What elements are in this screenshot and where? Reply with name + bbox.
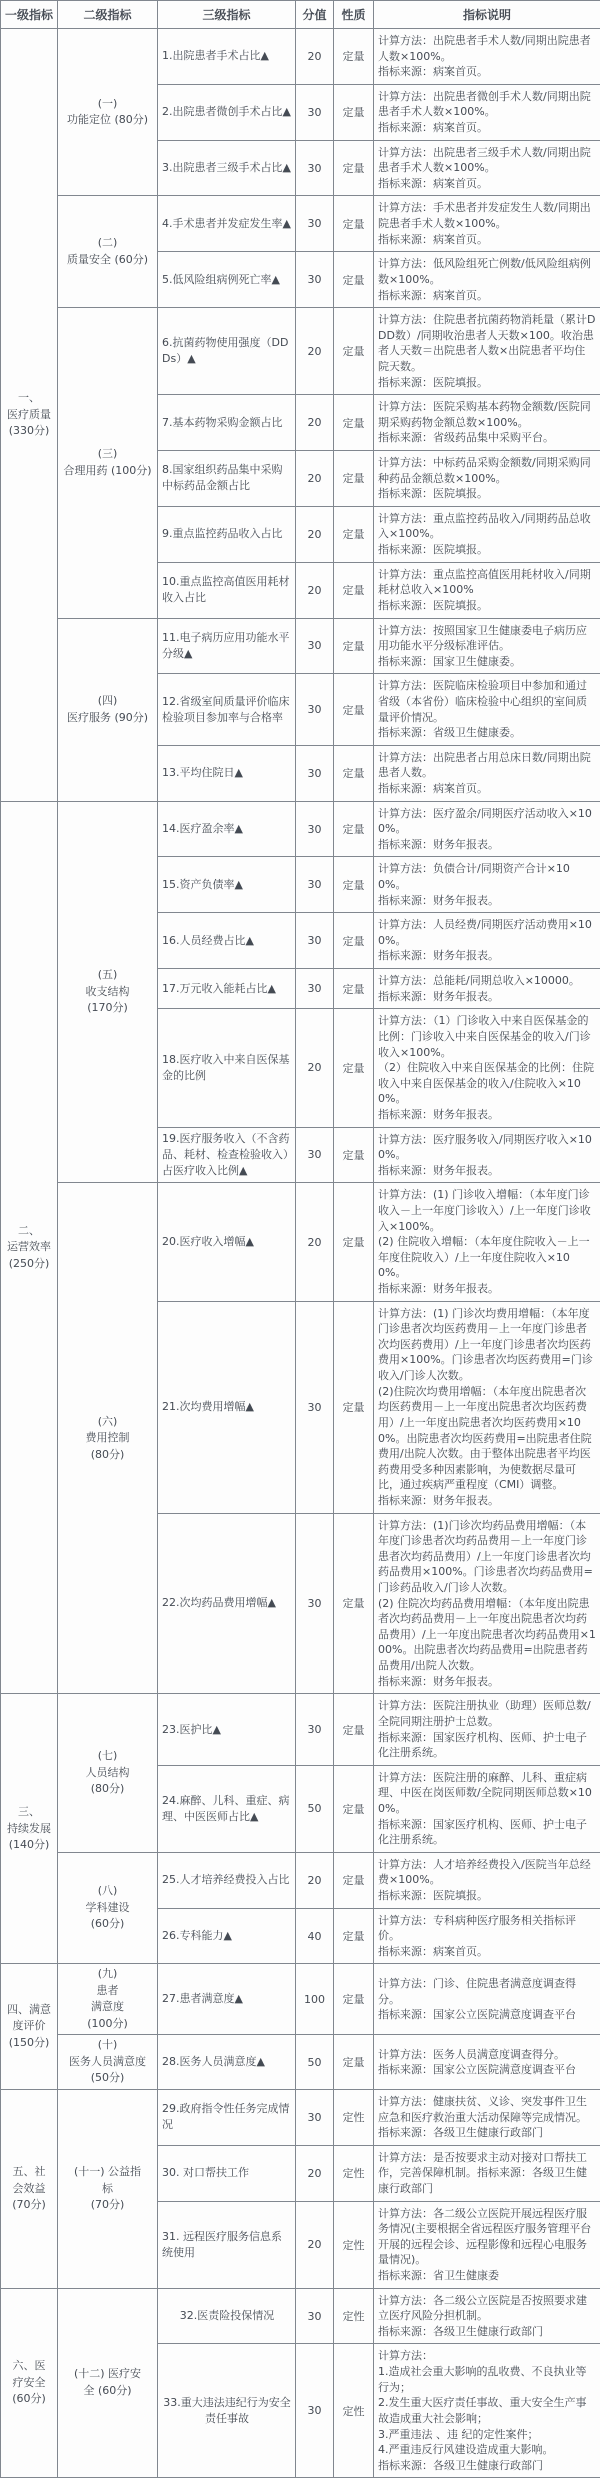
nature-cell: 定量 [334,562,374,618]
level3-indicator-name: 13.平均住院日▲ [158,745,296,801]
level3-indicator-name: 16.人员经费占比▲ [158,913,296,969]
nature-cell: 定量 [334,308,374,395]
description-line: 1.造成社会重大影响的乱收费、不良执业等行为； [378,2364,596,2395]
indicator-description: 计算方法：手术患者并发症发生人数/同期出院患者手术人数×100%。指标来源：病案… [374,196,600,252]
table-row: 一、医疗质量(330分)(一)功能定位 (80分)1.出院患者手术占比▲20定量… [1,29,600,85]
level2-indicator-cell: (八)学科建设(60分) [58,1852,158,1964]
score-cell: 30 [296,857,334,913]
description-line: 计算方法：负债合计/同期资产合计×100%。 [378,861,596,892]
level1-indicator-cell: 一、医疗质量(330分) [1,29,58,802]
description-line: 指标来源：国家医疗机构、医师、护士电子化注册系统。 [378,1730,596,1761]
level3-indicator-name: 3.出院患者三级手术占比▲ [158,140,296,196]
level1-indicator-cell: 四、满意度评价(150分) [1,1964,58,2090]
header-description: 指标说明 [374,1,600,29]
nature-cell: 定量 [334,1513,374,1694]
description-line: 指标来源：财务年报表。 [378,1674,596,1690]
level3-indicator-name: 25.人才培养经费投入占比 [158,1852,296,1908]
level3-indicator-name: 5.低风险组病例死亡率▲ [158,252,296,308]
level2-indicator-cell: (二)质量安全 (60分) [58,196,158,308]
score-cell: 20 [296,1852,334,1908]
description-line: 指标来源：病案首页。 [378,64,596,80]
nature-cell: 定量 [334,84,374,140]
description-line: 3.严重违法 、违 纪的定性案件； [378,2427,596,2443]
description-line: 指标来源：财务年报表。 [378,948,596,964]
nature-cell: 定量 [334,1127,374,1183]
level3-indicator-name: 11.电子病历应用功能水平分级▲ [158,618,296,674]
description-line: 计算方法：医疗盈余/同期医疗活动收入×100%。 [378,806,596,837]
description-line: 计算方法：各二级公立医院开展远程医疗服务情况(主要根据全省远程医疗服务管理平台开… [378,2206,596,2268]
score-cell: 30 [296,2288,334,2344]
score-cell: 20 [296,1009,334,1127]
level3-indicator-name: 1.出院患者手术占比▲ [158,29,296,85]
score-cell: 30 [296,140,334,196]
level3-indicator-name: 27.患者满意度▲ [158,1964,296,2035]
description-line: 计算方法：医院采购基本药物金额数/医院同期采购药物金额总数×100%。 [378,399,596,430]
description-line: (2) 住院次均药品费用增幅：（本年度出院患者次均药品费用－上一年度出院患者次均… [378,1596,596,1674]
level3-indicator-name: 22.次均药品费用增幅▲ [158,1513,296,1694]
description-line: 计算方法：专科病种医疗服务相关指标评价。 [378,1913,596,1944]
nature-cell: 定量 [334,801,374,857]
nature-cell: 定量 [334,2035,374,2090]
description-line: 计算方法：医院注册的麻醉、儿科、重症病理、中医在岗医师数/全院同期医师总数×10… [378,1770,596,1817]
nature-cell: 定量 [334,1183,374,1301]
indicator-description: 计算方法：各二级公立医院是否按照要求建立医疗风险分担机制。指标来源：各级卫生健康… [374,2288,600,2344]
description-line: 指标来源：财务年报表。 [378,893,596,909]
score-cell: 30 [296,1694,334,1765]
description-line: 计算方法：(1) 门诊次均费用增幅：（本年度门诊患者次均医药费用－上一年度门诊患… [378,1306,596,1384]
description-line: 指标来源：医院填报。 [378,598,596,614]
table-row: 五、社会效益(70分)(十一) 公益指标(70分)29.政府指令性任务完成情况3… [1,2089,600,2145]
level3-indicator-name: 15.资产负债率▲ [158,857,296,913]
score-cell: 20 [296,451,334,507]
nature-cell: 定量 [334,506,374,562]
table-row: 三、持续发展(140分)(七)人员结构(80分)23.医护比▲30定量计算方法：… [1,1694,600,1765]
description-line: 计算方法：是否按要求主动对接对口帮扶工作，完善保障机制。指标来源：各级卫生健康行… [378,2150,596,2197]
level2-indicator-cell: (四)医疗服务 (90分) [58,618,158,801]
indicator-description: 计算方法：医院临床检验项目中参加和通过省级（本省份）临床检验中心组织的室间质量评… [374,674,600,745]
score-cell: 30 [296,674,334,745]
level1-indicator-cell: 五、社会效益(70分) [1,2089,58,2288]
score-cell: 30 [296,1127,334,1183]
level3-indicator-name: 7.基本药物采购金额占比 [158,395,296,451]
score-cell: 20 [296,395,334,451]
score-cell: 30 [296,745,334,801]
score-cell: 30 [296,252,334,308]
indicator-description: 计算方法：住院患者抗菌药物消耗量（累计DDD数）/同期收治患者人天数×100。收… [374,308,600,395]
description-line: 计算方法：住院患者抗菌药物消耗量（累计DDD数）/同期收治患者人天数×100。收… [378,312,596,374]
description-line: 计算方法：(1) 门诊收入增幅：（本年度门诊收入－上一年度门诊收入）/上一年度门… [378,1187,596,1234]
description-line: 指标来源：各级卫生健康行政部门 [378,2458,596,2474]
description-line: 指标来源：财务年报表。 [378,1107,596,1123]
description-line: 指标来源：病案首页。 [378,288,596,304]
nature-cell: 定量 [334,745,374,801]
description-line: 指标来源：财务年报表。 [378,837,596,853]
indicator-description: 计算方法：出院患者手术人数/同期出院患者人数×100%。指标来源：病案首页。 [374,29,600,85]
score-cell: 30 [296,1513,334,1694]
indicator-description: 计算方法：(1)门诊次均药品费用增幅：（本年度门诊患者次均药品费用－上一年度门诊… [374,1513,600,1694]
description-line: 指标来源：病案首页。 [378,176,596,192]
nature-cell: 定量 [334,140,374,196]
nature-cell: 定量 [334,1964,374,2035]
indicator-description: 计算方法：出院患者占用总床日数/同期出院患者人数。指标来源：病案首页。 [374,745,600,801]
indicator-description: 计算方法：出院患者微创手术人数/同期出院患者手术人数×100%。指标来源：病案首… [374,84,600,140]
score-cell: 30 [296,618,334,674]
score-cell: 20 [296,2201,334,2288]
table-row: 四、满意度评价(150分)(九)患者满意度(100分)27.患者满意度▲100定… [1,1964,600,2035]
description-line: 计算方法：医务人员满意度调查得分。 [378,2047,596,2063]
header-nature: 性质 [334,1,374,29]
description-line: 指标来源：财务年报表。 [378,1163,596,1179]
indicator-description: 计算方法：负债合计/同期资产合计×100%。指标来源：财务年报表。 [374,857,600,913]
indicator-description: 计算方法：（1）门诊收入中来自医保基金的比例：门诊收入中来自医保基金的收入/门诊… [374,1009,600,1127]
level1-indicator-cell: 六、医疗安全(60分) [1,2288,58,2478]
description-line: 指标来源：医院填报。 [378,375,596,391]
table-row: (三)合理用药 (100分)6.抗菌药物使用强度（DDDs）▲20定量计算方法：… [1,308,600,395]
description-line: 指标来源：病案首页。 [378,781,596,797]
nature-cell: 定量 [334,395,374,451]
description-line: 计算方法： [378,2348,596,2364]
description-line: 计算方法：总能耗/同期总收入×10000。 [378,973,596,989]
description-line: 指标来源：各级卫生健康行政部门 [378,2324,596,2340]
indicator-description: 计算方法：医务人员满意度调查得分。指标来源：国家公立医院满意度调查平台 [374,2035,600,2090]
level3-indicator-name: 19.医疗服务收入（不含药品、耗材、检查检验收入）占医疗收入比例▲ [158,1127,296,1183]
nature-cell: 定量 [334,196,374,252]
nature-cell: 定量 [334,674,374,745]
indicator-description: 计算方法：医院采购基本药物金额数/医院同期采购药物金额总数×100%。指标来源：… [374,395,600,451]
level3-indicator-name: 31. 远程医疗服务信息系统使用 [158,2201,296,2288]
indicator-description: 计算方法：是否按要求主动对接对口帮扶工作，完善保障机制。指标来源：各级卫生健康行… [374,2145,600,2201]
level1-indicator-cell: 二、运营效率(250分) [1,801,58,1694]
table-row: (二)质量安全 (60分)4.手术患者并发症发生率▲30定量计算方法：手术患者并… [1,196,600,252]
level2-indicator-cell: (十)医务人员满意度(50分) [58,2035,158,2090]
nature-cell: 定性 [334,2201,374,2288]
nature-cell: 定量 [334,29,374,85]
indicator-description: 计算方法：出院患者三级手术人数/同期出院患者手术人数×100%。指标来源：病案首… [374,140,600,196]
indicator-description: 计算方法：人员经费/同期医疗活动费用×100%。指标来源：财务年报表。 [374,913,600,969]
description-line: 指标来源：财务年报表。 [378,989,596,1005]
nature-cell: 定量 [334,1009,374,1127]
level3-indicator-name: 14.医疗盈余率▲ [158,801,296,857]
table-row: (四)医疗服务 (90分)11.电子病历应用功能水平分级▲30定量计算方法：按照… [1,618,600,674]
level2-indicator-cell: (十一) 公益指标(70分) [58,2089,158,2288]
description-line: 计算方法：医疗服务收入/同期医疗收入×100%。 [378,1132,596,1163]
level3-indicator-name: 12.省级室间质量评价临床检验项目参加率与合格率 [158,674,296,745]
indicator-table: 一级指标 二级指标 三级指标 分值 性质 指标说明 一、医疗质量(330分)(一… [0,0,600,2478]
level2-indicator-cell: (三)合理用药 (100分) [58,308,158,618]
indicator-description: 计算方法：中标药品采购金额数/同期采购同种药品金额总数×100%。指标来源：医院… [374,451,600,507]
level3-indicator-name: 2.出院患者微创手术占比▲ [158,84,296,140]
description-line: 计算方法：人员经费/同期医疗活动费用×100%。 [378,917,596,948]
indicator-description: 计算方法：医疗盈余/同期医疗活动收入×100%。指标来源：财务年报表。 [374,801,600,857]
indicator-description: 计算方法：重点监控药品收入/同期药品总收入×100%。指标来源：医院填报。 [374,506,600,562]
description-line: 指标来源：医院填报。 [378,1888,596,1904]
description-line: 指标来源：国家公立医院满意度调查平台 [378,2007,596,2023]
nature-cell: 定性 [334,2288,374,2344]
nature-cell: 定量 [334,618,374,674]
description-line: (2)住院次均费用增幅：（本年度出院患者次均医药费用－上一年度出院患者次均医药费… [378,1384,596,1493]
description-line: 计算方法：医院注册执业（助理）医师总数/全院同期注册护士总数。 [378,1698,596,1729]
indicator-description: 计算方法：门诊、住院患者满意度调查得分。指标来源：国家公立医院满意度调查平台 [374,1964,600,2035]
score-cell: 20 [296,1183,334,1301]
table-row: (十)医务人员满意度(50分)28.医务人员满意度▲50定量计算方法：医务人员满… [1,2035,600,2090]
level3-indicator-name: 32.医责险投保情况 [158,2288,296,2344]
description-line: 指标来源：财务年报表。 [378,1281,596,1297]
description-line: 4.严重违反行风建设造成重大影响。 [378,2442,596,2458]
description-line: 指标来源：病案首页。 [378,232,596,248]
description-line: 计算方法：重点监控药品收入/同期药品总收入×100%。 [378,511,596,542]
level3-indicator-name: 21.次均费用增幅▲ [158,1301,296,1513]
level1-indicator-cell: 三、持续发展(140分) [1,1694,58,1964]
description-line: 指标来源：病案首页。 [378,120,596,136]
description-line: 计算方法：低风险组死亡例数/低风险组病例数×100%。 [378,256,596,287]
indicator-description: 计算方法：各二级公立医院开展远程医疗服务情况(主要根据全省远程医疗服务管理平台开… [374,2201,600,2288]
header-level3-indicator: 三级指标 [158,1,296,29]
indicator-description: 计算方法：重点监控高值医用耗材收入/同期耗材总收入×100%指标来源：医院填报。 [374,562,600,618]
level3-indicator-name: 23.医护比▲ [158,1694,296,1765]
indicator-description: 计算方法：专科病种医疗服务相关指标评价。指标来源：病案首页。 [374,1908,600,1964]
score-cell: 20 [296,308,334,395]
nature-cell: 定量 [334,969,374,1009]
nature-cell: 定量 [334,1301,374,1513]
level3-indicator-name: 18.医疗收入中来自医保基金的比例 [158,1009,296,1127]
table-row: (八)学科建设(60分)25.人才培养经费投入占比20定量计算方法：人才培养经费… [1,1852,600,1908]
table-row: 六、医疗安全(60分)(十二) 医疗安全 (60分)32.医责险投保情况30定性… [1,2288,600,2344]
nature-cell: 定量 [334,1694,374,1765]
level3-indicator-name: 10.重点监控高值医用耗材收入占比 [158,562,296,618]
nature-cell: 定量 [334,857,374,913]
description-line: 指标来源：病案首页。 [378,1944,596,1960]
score-cell: 100 [296,1964,334,2035]
score-cell: 30 [296,913,334,969]
description-line: 指标来源：国家卫生健康委。 [378,654,596,670]
table-row: (六)费用控制(80分)20.医疗收入增幅▲20定量计算方法：(1) 门诊收入增… [1,1183,600,1301]
description-line: (2) 住院收入增幅：（本年度住院收入－上一年度住院收入）/上一年度住院收入×1… [378,1234,596,1281]
description-line: 计算方法：门诊、住院患者满意度调查得分。 [378,1976,596,2007]
level2-indicator-cell: (九)患者满意度(100分) [58,1964,158,2035]
score-cell: 20 [296,2145,334,2201]
table-header-row: 一级指标 二级指标 三级指标 分值 性质 指标说明 [1,1,600,29]
score-cell: 40 [296,1908,334,1964]
score-cell: 20 [296,562,334,618]
level3-indicator-name: 24.麻醉、儿科、重症、病理、中医医师占比▲ [158,1765,296,1852]
indicator-table-body: 一、医疗质量(330分)(一)功能定位 (80分)1.出院患者手术占比▲20定量… [1,29,600,2478]
description-line: 计算方法：按照国家卫生健康委电子病历应用功能水平分级标准评估。 [378,623,596,654]
indicator-description: 计算方法：(1) 门诊次均费用增幅：（本年度门诊患者次均医药费用－上一年度门诊患… [374,1301,600,1513]
score-cell: 20 [296,29,334,85]
header-score: 分值 [296,1,334,29]
description-line: 指标来源：各级卫生健康行政部门 [378,2125,596,2141]
description-line: 计算方法：出院患者三级手术人数/同期出院患者手术人数×100%。 [378,145,596,176]
nature-cell: 定性 [334,2145,374,2201]
indicator-description: 计算方法：医疗服务收入/同期医疗收入×100%。指标来源：财务年报表。 [374,1127,600,1183]
description-line: 指标来源：医院填报。 [378,542,596,558]
level3-indicator-name: 28.医务人员满意度▲ [158,2035,296,2090]
nature-cell: 定性 [334,2344,374,2478]
description-line: 指标来源：国家公立医院满意度调查平台 [378,2062,596,2078]
level3-indicator-name: 17.万元收入能耗占比▲ [158,969,296,1009]
description-line: 计算方法：出院患者微创手术人数/同期出院患者手术人数×100%。 [378,89,596,120]
indicator-description: 计算方法：健康扶贫、义诊、突发事件卫生应急和医疗救治重大活动保障等完成情况。指标… [374,2089,600,2145]
description-line: 指标来源：省级药品集中采购平台。 [378,430,596,446]
indicator-description: 计算方法：人才培养经费投入/医院当年总经费×100%。指标来源：医院填报。 [374,1852,600,1908]
description-line: 指标来源：省卫生健康委 [378,2268,596,2284]
description-line: 指标来源：财务年报表。 [378,1493,596,1509]
description-line: （2）住院收入中来自医保基金的比例：住院收入中来自医保基金的收入/住院收入×10… [378,1060,596,1107]
nature-cell: 定量 [334,1852,374,1908]
level2-indicator-cell: (十二) 医疗安全 (60分) [58,2288,158,2478]
description-line: 计算方法：中标药品采购金额数/同期采购同种药品金额总数×100%。 [378,455,596,486]
score-cell: 30 [296,2344,334,2478]
level2-indicator-cell: (七)人员结构(80分) [58,1694,158,1852]
description-line: 计算方法：(1)门诊次均药品费用增幅：（本年度门诊患者次均药品费用－上一年度门诊… [378,1518,596,1596]
table-row: 二、运营效率(250分)(五)收支结构(170分)14.医疗盈余率▲30定量计算… [1,801,600,857]
level3-indicator-name: 30. 对口帮扶工作 [158,2145,296,2201]
description-line: 计算方法：健康扶贫、义诊、突发事件卫生应急和医疗救治重大活动保障等完成情况。 [378,2094,596,2125]
indicator-description: 计算方法：按照国家卫生健康委电子病历应用功能水平分级标准评估。指标来源：国家卫生… [374,618,600,674]
description-line: 计算方法：出院患者占用总床日数/同期出院患者人数。 [378,750,596,781]
score-cell: 30 [296,801,334,857]
level3-indicator-name: 9.重点监控药品收入占比 [158,506,296,562]
description-line: 计算方法：人才培养经费投入/医院当年总经费×100%。 [378,1857,596,1888]
nature-cell: 定量 [334,1765,374,1852]
description-line: 计算方法：重点监控高值医用耗材收入/同期耗材总收入×100% [378,567,596,598]
description-line: 计算方法：医院临床检验项目中参加和通过省级（本省份）临床检验中心组织的室间质量评… [378,678,596,725]
indicator-description: 计算方法：总能耗/同期总收入×10000。指标来源：财务年报表。 [374,969,600,1009]
header-level2-indicator: 二级指标 [58,1,158,29]
nature-cell: 定量 [334,913,374,969]
level3-indicator-name: 6.抗菌药物使用强度（DDDs）▲ [158,308,296,395]
score-cell: 30 [296,84,334,140]
score-cell: 30 [296,969,334,1009]
level2-indicator-cell: (一)功能定位 (80分) [58,29,158,196]
score-cell: 20 [296,506,334,562]
description-line: 指标来源：国家医疗机构、医师、护士电子化注册系统。 [378,1817,596,1848]
nature-cell: 定量 [334,1908,374,1964]
description-line: 计算方法：出院患者手术人数/同期出院患者人数×100%。 [378,33,596,64]
nature-cell: 定量 [334,252,374,308]
indicator-description: 计算方法：医院注册执业（助理）医师总数/全院同期注册护士总数。指标来源：国家医疗… [374,1694,600,1765]
level3-indicator-name: 4.手术患者并发症发生率▲ [158,196,296,252]
nature-cell: 定性 [334,2089,374,2145]
score-cell: 30 [296,2089,334,2145]
score-cell: 30 [296,196,334,252]
indicator-description: 计算方法：医院注册的麻醉、儿科、重症病理、中医在岗医师数/全院同期医师总数×10… [374,1765,600,1852]
score-cell: 50 [296,1765,334,1852]
header-level1-indicator: 一级指标 [1,1,58,29]
score-cell: 30 [296,1301,334,1513]
description-line: 2.发生重大医疗责任事故、重大安全生产事故造成重大社会影响； [378,2395,596,2426]
nature-cell: 定量 [334,451,374,507]
level2-indicator-cell: (五)收支结构(170分) [58,801,158,1183]
indicator-description: 计算方法：(1) 门诊收入增幅：（本年度门诊收入－上一年度门诊收入）/上一年度门… [374,1183,600,1301]
level3-indicator-name: 26.专科能力▲ [158,1908,296,1964]
level2-indicator-cell: (六)费用控制(80分) [58,1183,158,1694]
description-line: 计算方法：各二级公立医院是否按照要求建立医疗风险分担机制。 [378,2293,596,2324]
indicator-description: 计算方法：1.造成社会重大影响的乱收费、不良执业等行为；2.发生重大医疗责任事故… [374,2344,600,2478]
description-line: 计算方法：（1）门诊收入中来自医保基金的比例：门诊收入中来自医保基金的收入/门诊… [378,1013,596,1060]
indicator-description: 计算方法：低风险组死亡例数/低风险组病例数×100%。指标来源：病案首页。 [374,252,600,308]
description-line: 指标来源：医院填报。 [378,486,596,502]
level3-indicator-name: 8.国家组织药品集中采购中标药品金额占比 [158,451,296,507]
level3-indicator-name: 29.政府指令性任务完成情况 [158,2089,296,2145]
score-cell: 50 [296,2035,334,2090]
description-line: 指标来源：省级卫生健康委。 [378,725,596,741]
description-line: 计算方法：手术患者并发症发生人数/同期出院患者手术人数×100%。 [378,200,596,231]
level3-indicator-name: 20.医疗收入增幅▲ [158,1183,296,1301]
level3-indicator-name: 33.重大违法违纪行为安全责任事故 [158,2344,296,2478]
